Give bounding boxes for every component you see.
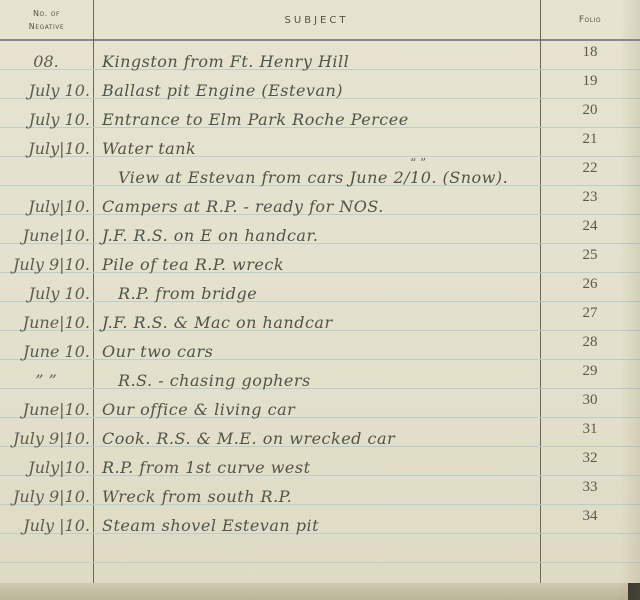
subject-text: Our two cars xyxy=(102,342,532,361)
subject-text: Campers at R.P. - ready for NOS. xyxy=(102,197,532,216)
subject-text: View at Estevan from cars June 2/10. (Sn… xyxy=(118,168,548,187)
folio-number: 19 xyxy=(540,73,640,90)
subject-text: J.F. R.S. on E on handcar. xyxy=(102,226,532,245)
ledger-row: July |10. Steam shovel Estevan pit 34 xyxy=(0,512,640,541)
negative-date: ” ” xyxy=(2,371,92,390)
negative-date: July 9|10. xyxy=(2,429,92,448)
negative-date: July |10. xyxy=(2,516,92,535)
folio-number: 34 xyxy=(540,508,640,525)
header-negative-line2: Negative xyxy=(29,20,64,33)
folio-number: 33 xyxy=(540,479,640,496)
subject-text: Pile of tea R.P. wreck xyxy=(102,255,532,274)
header-subject: SUBJECT xyxy=(93,0,540,40)
subject-text: Steam shovel Estevan pit xyxy=(102,516,532,535)
subject-text: Our office & living car xyxy=(102,400,532,419)
header-rule xyxy=(0,39,640,41)
negative-date: July 10. xyxy=(2,110,92,129)
subject-text: J.F. R.S. & Mac on handcar xyxy=(102,313,532,332)
subject-text: Entrance to Elm Park Roche Percee xyxy=(102,110,532,129)
folio-number: 28 xyxy=(540,334,640,351)
negative-date: July 10. xyxy=(2,284,92,303)
negative-date: June|10. xyxy=(2,313,92,332)
header-folio: Folio xyxy=(540,0,640,40)
folio-number: 32 xyxy=(540,450,640,467)
folio-number: 27 xyxy=(540,305,640,322)
ledger-page: No. of Negative SUBJECT Folio 08. Kingst… xyxy=(0,0,640,600)
subject-text: R.P. from 1st curve west xyxy=(102,458,532,477)
folio-number: 23 xyxy=(540,189,640,206)
folio-number: 29 xyxy=(540,363,640,380)
subject-text: Wreck from south R.P. xyxy=(102,487,532,506)
negative-date: July|10. xyxy=(2,458,92,477)
header-negative: No. of Negative xyxy=(0,0,93,40)
negative-date: July 9|10. xyxy=(2,487,92,506)
page-bottom-edge xyxy=(0,583,640,600)
negative-date: June 10. xyxy=(2,342,92,361)
subject-text: Cook. R.S. & M.E. on wrecked car xyxy=(102,429,532,448)
subject-text: Kingston from Ft. Henry Hill xyxy=(102,52,532,71)
folio-number: 26 xyxy=(540,276,640,293)
negative-date: July 10. xyxy=(2,81,92,100)
negative-date: July|10. xyxy=(2,197,92,216)
subject-text: R.S. - chasing gophers xyxy=(118,371,548,390)
subject-text: Ballast pit Engine (Estevan) xyxy=(102,81,532,100)
subject-text: R.P. from bridge xyxy=(118,284,548,303)
folio-number: 25 xyxy=(540,247,640,264)
negative-date: June|10. xyxy=(2,400,92,419)
folio-number: 31 xyxy=(540,421,640,438)
negative-date: 08. xyxy=(2,52,92,71)
folio-number: 18 xyxy=(540,44,640,61)
ruled-line xyxy=(0,562,640,563)
folio-number: 30 xyxy=(540,392,640,409)
folio-number: 22 xyxy=(540,160,640,177)
folio-number: 24 xyxy=(540,218,640,235)
negative-date: July|10. xyxy=(2,139,92,158)
subject-text: Water tank xyxy=(102,139,532,158)
folio-number: 21 xyxy=(540,131,640,148)
folio-number: 20 xyxy=(540,102,640,119)
header-negative-line1: No. of xyxy=(33,7,60,20)
negative-date: July 9|10. xyxy=(2,255,92,274)
ledger-header: No. of Negative SUBJECT Folio xyxy=(0,0,640,40)
negative-date: June|10. xyxy=(2,226,92,245)
